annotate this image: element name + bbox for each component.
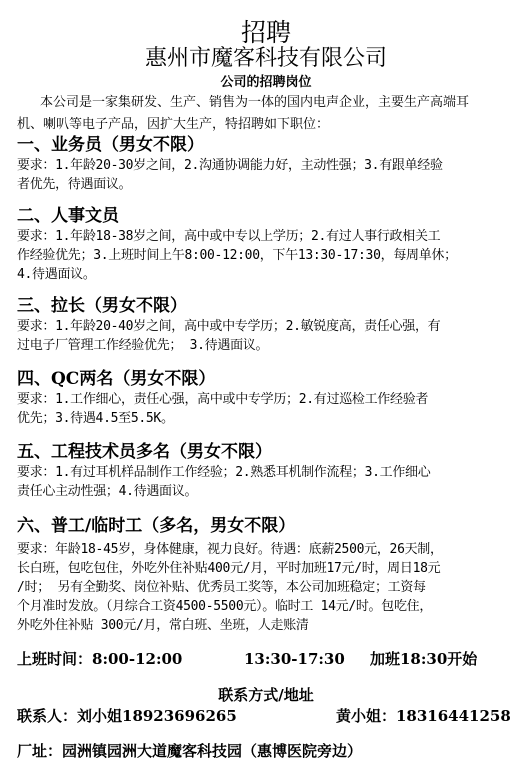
requirement-line: 要求：1.工作细心，责任心强，高中或中专学历；2.有过巡检工作经验者: [17, 390, 517, 409]
work-time-afternoon: 13:30-17:30: [244, 648, 345, 670]
contact-person-huang: 黄小姐：18316441258: [336, 705, 511, 727]
section-body-salesperson: 要求：1.年龄20-30岁之间，2.沟通协调能力好，主动性强；3.有跟单经验 者…: [17, 156, 517, 194]
intro-paragraph: 本公司是一家集研发、生产、销售为一体的国内电声企业，主要生产高端耳 机、喇叭等电…: [17, 92, 517, 136]
requirement-line: 责任心主动性强；4.待遇面议。: [17, 482, 517, 501]
requirement-line: /时； 另有全勤奖、岗位补贴、优秀员工奖等，本公司加班稳定；工资每: [17, 578, 517, 597]
factory-address: 厂址：园洲镇园洲大道魔客科技园（惠博医院旁边）: [17, 740, 362, 762]
requirement-line: 要求：1.年龄18-38岁之间，高中或中专以上学历；2.有过人事行政相关工: [17, 227, 517, 246]
section-body-qc: 要求：1.工作细心，责任心强，高中或中专学历；2.有过巡检工作经验者 优先；3.…: [17, 390, 517, 428]
work-time-overtime: 加班18:30开始: [370, 648, 477, 670]
requirement-line: 要求：1.年龄20-40岁之间，高中或中专学历；2.敏锐度高，责任心强，有: [17, 317, 517, 336]
section-heading-hr-clerk: 二、人事文员: [17, 205, 119, 227]
page-title: 招聘: [0, 18, 532, 48]
requirement-line: 要求：年龄18-45岁，身体健康，视力良好。待遇：底薪2500元，26天制，: [17, 540, 517, 559]
section-body-technician: 要求：1.有过耳机样品制作工作经验；2.熟悉耳机制作流程；3.工作细心 责任心主…: [17, 463, 517, 501]
requirement-line: 长白班，包吃包住，外吃外住补贴400元/月，平时加班17元/时，周日18元: [17, 559, 517, 578]
section-heading-technician: 五、工程技术员多名（男女不限）: [17, 441, 272, 463]
requirement-line: 外吃外住补贴 300元/月，常白班、坐班，人走账清: [17, 616, 517, 635]
page-subtitle: 公司的招聘岗位: [0, 74, 532, 91]
section-heading-line-leader: 三、拉长（男女不限）: [17, 295, 187, 317]
section-heading-qc: 四、QC两名（男女不限）: [17, 368, 215, 390]
work-time-morning: 上班时间：8:00-12:00: [17, 648, 182, 670]
section-heading-salesperson: 一、业务员（男女不限）: [17, 134, 204, 156]
requirement-line: 4.待遇面议。: [17, 265, 517, 284]
section-body-line-leader: 要求：1.年龄20-40岁之间，高中或中专学历；2.敏锐度高，责任心强，有 过电…: [17, 317, 517, 355]
requirement-line: 要求：1.年龄20-30岁之间，2.沟通协调能力好，主动性强；3.有跟单经验: [17, 156, 517, 175]
requirement-line: 优先；3.待遇4.5至5.5K。: [17, 409, 517, 428]
requirement-line: 者优先，待遇面议。: [17, 175, 517, 194]
section-body-general-worker: 要求：年龄18-45岁，身体健康，视力良好。待遇：底薪2500元，26天制， 长…: [17, 540, 517, 635]
intro-line: 本公司是一家集研发、生产、销售为一体的国内电声企业，主要生产高端耳: [17, 92, 517, 114]
requirement-line: 过电子厂管理工作经验优先； 3.待遇面议。: [17, 336, 517, 355]
section-heading-general-worker: 六、普工/临时工（多名，男女不限）: [17, 515, 295, 537]
contact-title: 联系方式/地址: [0, 684, 532, 706]
company-name: 惠州市魔客科技有限公司: [0, 45, 532, 73]
section-body-hr-clerk: 要求：1.年龄18-38岁之间，高中或中专以上学历；2.有过人事行政相关工 作经…: [17, 227, 517, 284]
requirement-line: 要求：1.有过耳机样品制作工作经验；2.熟悉耳机制作流程；3.工作细心: [17, 463, 517, 482]
contact-person-liu: 联系人：刘小姐18923696265: [17, 705, 237, 727]
intro-line: 机、喇叭等电子产品，因扩大生产，特招聘如下职位：: [17, 114, 517, 136]
requirement-line: 个月准时发放。（月综合工资4500-5500元）。临时工 14元/时。包吃住，: [17, 597, 517, 616]
requirement-line: 作经验优先；3.上班时间上午8:00-12:00，下午13:30-17:30，每…: [17, 246, 517, 265]
